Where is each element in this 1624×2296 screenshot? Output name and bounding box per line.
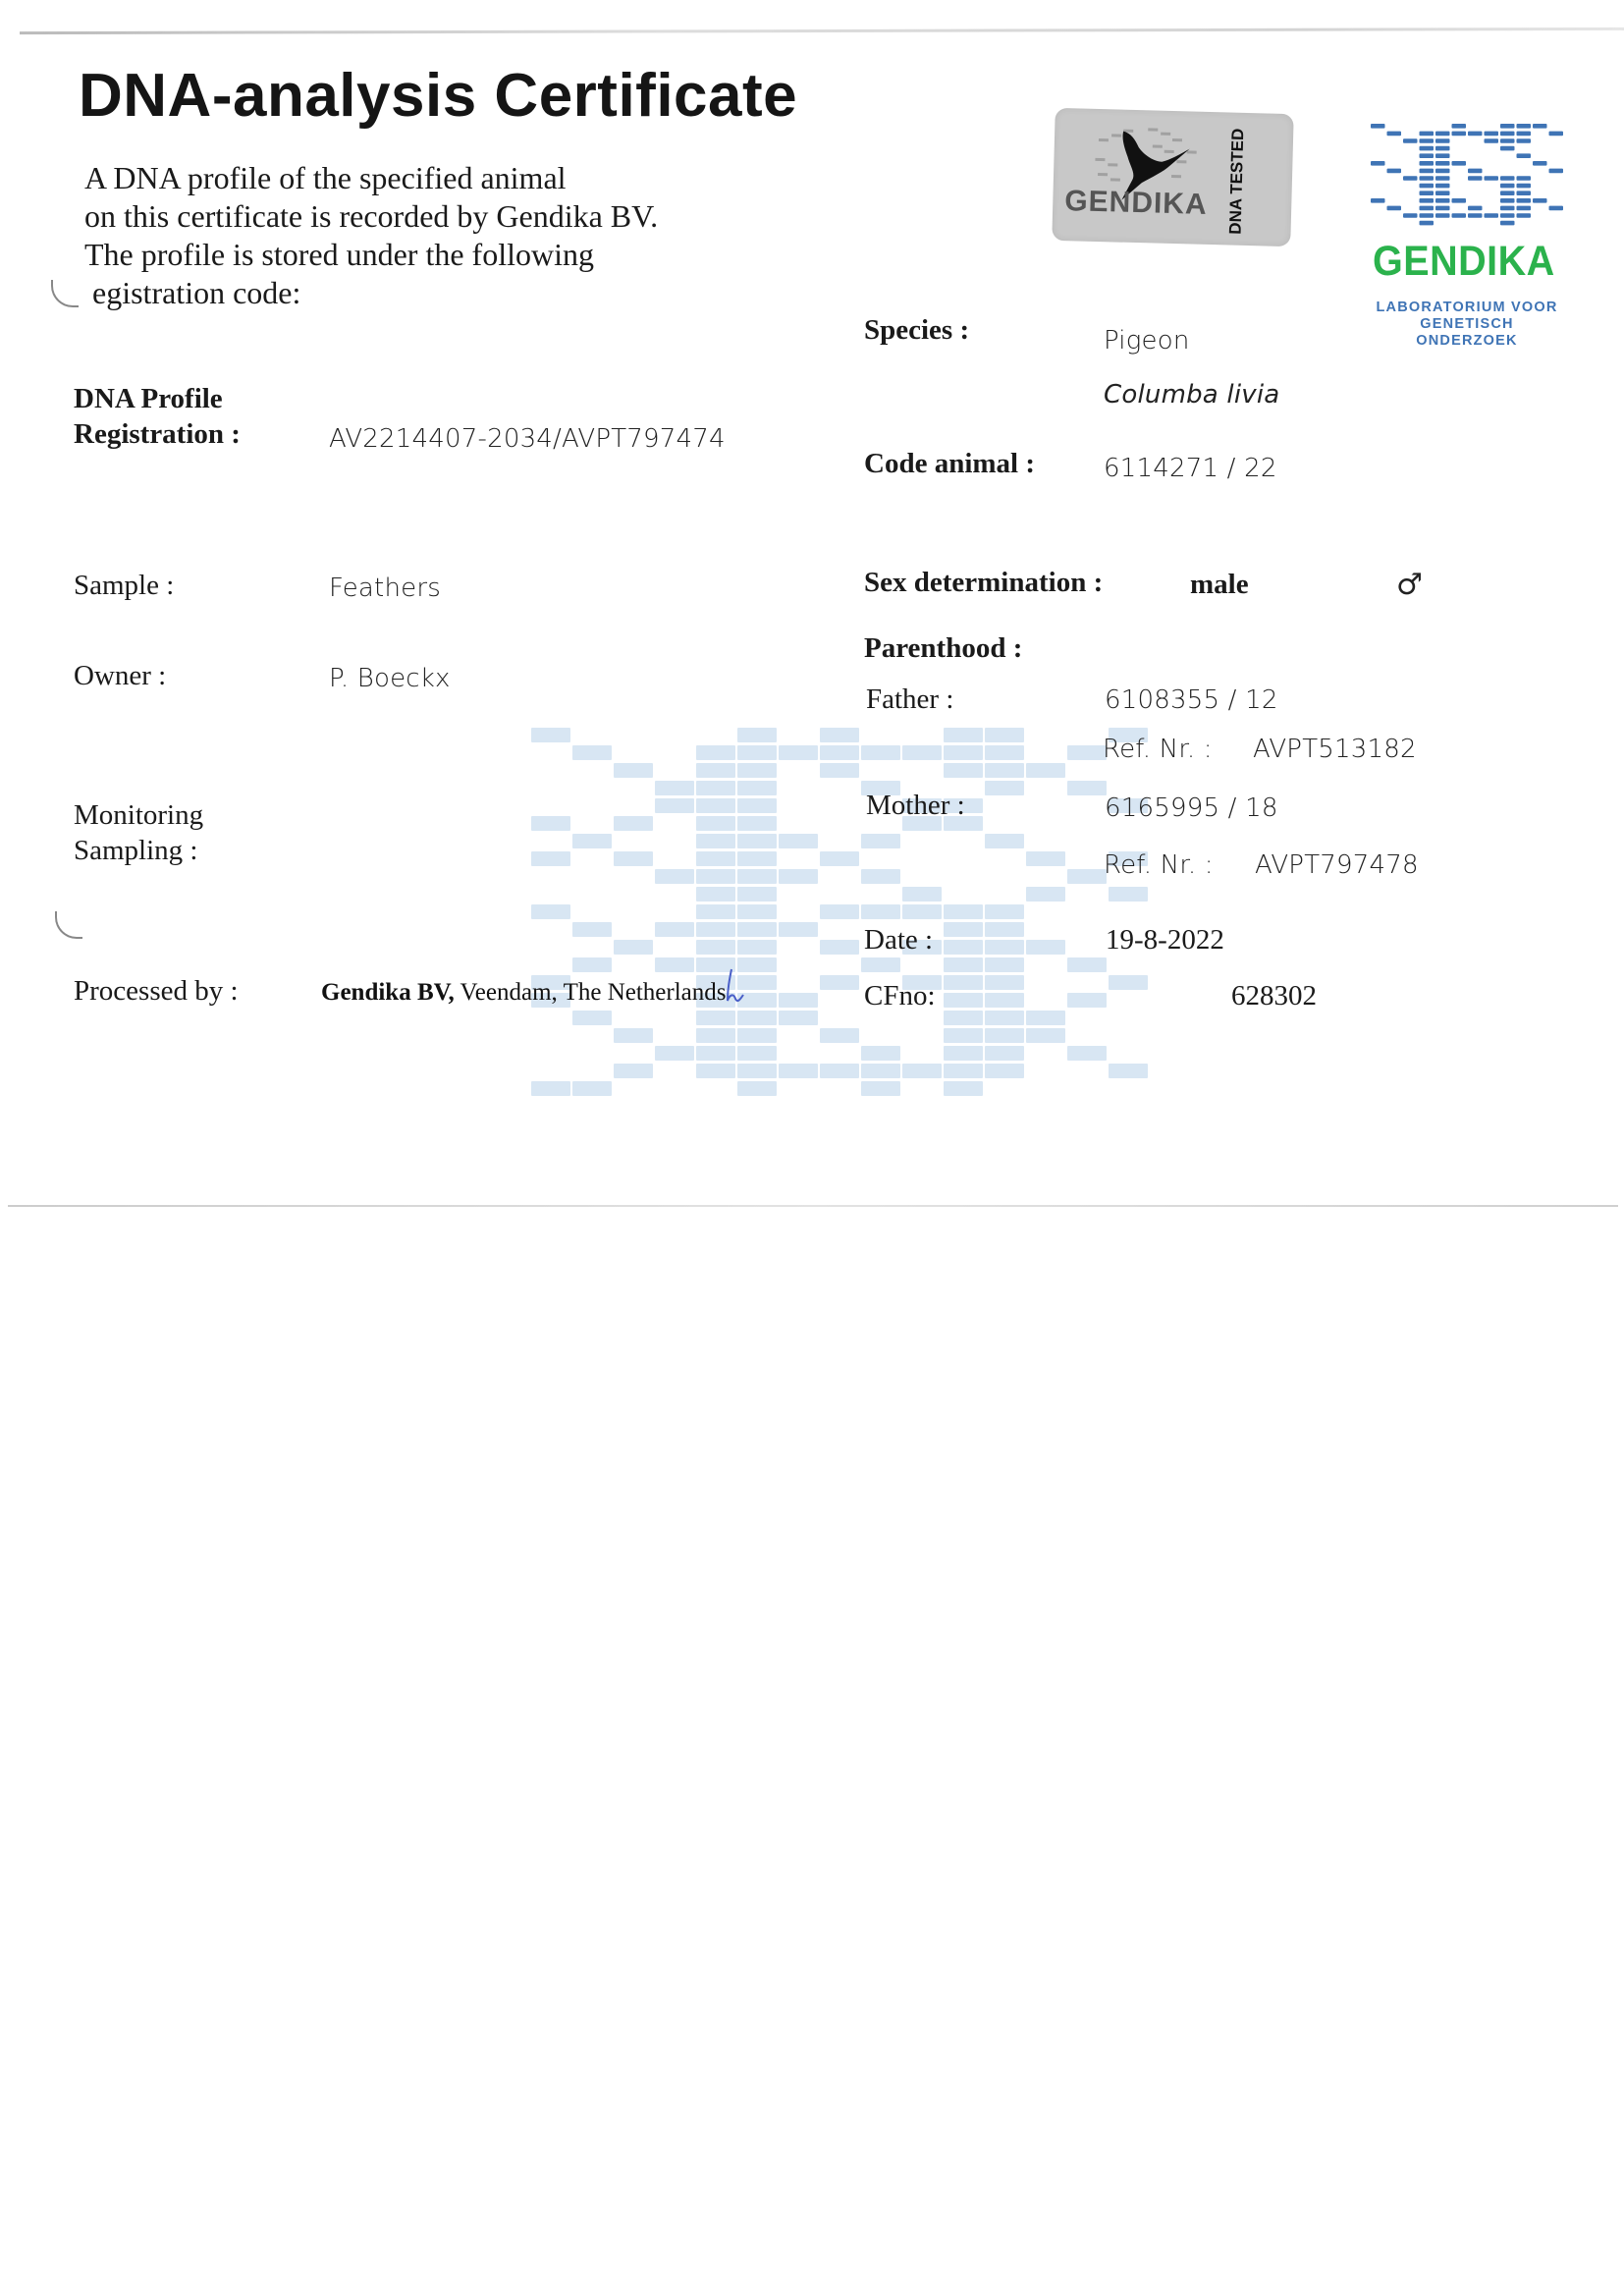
mother-label: Mother : bbox=[866, 790, 965, 822]
signature-mark bbox=[722, 967, 751, 1007]
certificate-intro: A DNA profile of the specified animal on… bbox=[84, 159, 772, 312]
processed-by-value: Gendika BV, Veendam, The Netherlands bbox=[321, 979, 727, 1007]
sample-value: Feathers bbox=[329, 574, 441, 603]
watermark-logo bbox=[530, 727, 1159, 1100]
mother-ref-label: Ref. Nr. : bbox=[1104, 850, 1214, 880]
intro-line: A DNA profile of the specified animal bbox=[84, 159, 772, 197]
gendika-logo-icon bbox=[1370, 123, 1566, 231]
intro-line: The profile is stored under the followin… bbox=[84, 236, 772, 274]
sex-value: male bbox=[1190, 569, 1249, 601]
gendika-subtitle: LABORATORIUM VOOR GENETISCH ONDERZOEK bbox=[1375, 300, 1559, 350]
registration-label-line2: Registration : bbox=[74, 418, 241, 451]
monitoring-label-line1: Monitoring bbox=[74, 799, 203, 832]
processed-by-label: Processed by : bbox=[74, 975, 239, 1008]
gendika-brand: GENDIKA bbox=[1373, 238, 1555, 286]
species-label: Species : bbox=[864, 314, 969, 347]
date-label: Date : bbox=[864, 924, 933, 957]
male-symbol-icon: ♂ bbox=[1396, 568, 1423, 602]
scan-mark bbox=[51, 280, 79, 307]
monitoring-label-line2: Sampling : bbox=[74, 835, 197, 867]
owner-label: Owner : bbox=[74, 660, 166, 692]
date-value: 19-8-2022 bbox=[1106, 924, 1224, 957]
registration-value: AV2214407-2034/AVPT797474 bbox=[329, 424, 726, 454]
code-animal-value: 6114271 / 22 bbox=[1104, 454, 1277, 483]
dna-tested-sticker: GENDIKA DNA TESTED bbox=[1052, 108, 1293, 246]
intro-line: on this certificate is recorded by Gendi… bbox=[84, 197, 772, 236]
scan-edge-bottom bbox=[8, 1205, 1618, 1207]
father-value: 6108355 / 12 bbox=[1105, 685, 1278, 715]
sample-label: Sample : bbox=[74, 570, 174, 602]
subtitle-line: LABORATORIUM VOOR bbox=[1375, 300, 1559, 316]
subtitle-line: GENETISCH ONDERZOEK bbox=[1375, 316, 1559, 350]
mother-value: 6165995 / 18 bbox=[1105, 793, 1278, 823]
sticker-brand: GENDIKA bbox=[1064, 185, 1208, 222]
intro-line: egistration code: bbox=[84, 274, 772, 312]
species-latin-name: Columba livia bbox=[1104, 380, 1279, 410]
registration-label-line1: DNA Profile bbox=[74, 383, 223, 415]
scan-edge-top bbox=[20, 27, 1624, 34]
cfno-label: CFno: bbox=[864, 980, 936, 1012]
cfno-value: 628302 bbox=[1231, 980, 1317, 1012]
code-animal-label: Code animal : bbox=[864, 448, 1035, 480]
father-ref-value: AVPT513182 bbox=[1253, 735, 1417, 764]
processed-by-company: Gendika BV, bbox=[321, 979, 455, 1006]
father-label: Father : bbox=[866, 683, 953, 716]
certificate-title: DNA-analysis Certificate bbox=[79, 61, 797, 131]
processed-by-location: Veendam, The Netherlands bbox=[455, 979, 727, 1006]
parenthood-label: Parenthood : bbox=[864, 632, 1022, 665]
sex-determination-label: Sex determination : bbox=[864, 567, 1103, 599]
father-ref-label: Ref. Nr. : bbox=[1103, 735, 1213, 764]
mother-ref-value: AVPT797478 bbox=[1255, 850, 1419, 880]
sticker-dna-tested: DNA TESTED bbox=[1225, 122, 1248, 240]
owner-value: P. Boeckx bbox=[329, 664, 451, 693]
species-common-name: Pigeon bbox=[1104, 326, 1190, 355]
scan-mark bbox=[55, 911, 82, 939]
